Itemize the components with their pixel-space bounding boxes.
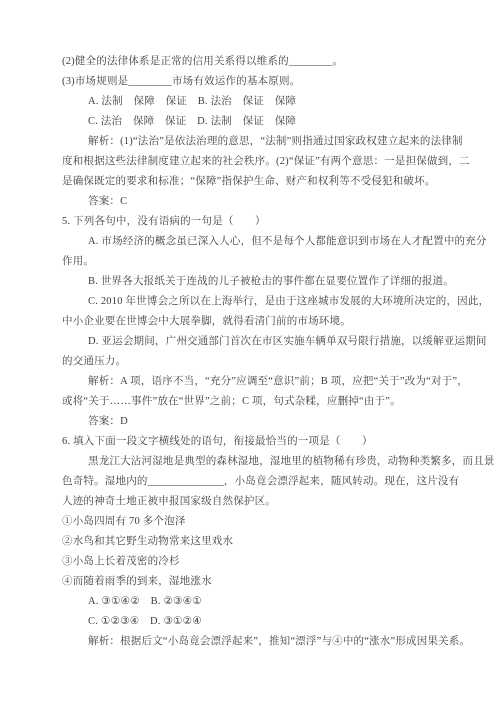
text-line-analysis: 解析：A 项，语序不当，“充分”应调至“意识”前；B 项，应把“关于”改为“对于… [62,372,454,392]
text-line-question-6: 6. 填入下面一段文字横线处的语句，衔接最恰当的一项是（ ） [62,432,454,452]
text-line-options-ab: A. ③①④② B. ②③④① [62,592,454,612]
text-line-options-cd: C. 法治 保障 保证 D. 法制 保证 保障 [62,112,454,132]
text-line-option-a: A. 市场经济的概念虽已深入人心，但不是每个人都能意识到市场在人才配置中的充分 [62,232,454,252]
document-page: (2)健全的法律体系是正常的信用关系得以维系的________。 (3)市场规则… [0,0,500,707]
text-line-sentence-1: ①小岛四周有 70 多个泡泽 [62,512,454,532]
text-line-passage-cont: 色奇特。湿地内的______________，小岛竟会漂浮起来，随风转动。现在，… [62,472,454,492]
text-line-analysis: 解析：(1)“法治”是依法治理的意思，“法制”则指通过国家政权建立起来的法律制 [62,132,454,152]
text-line-analysis-cont: 度和根据这些法律制度建立起来的社会秩序。(2)“保证”有两个意思：一是担保做到，… [62,152,454,172]
text-line-analysis-cont: 或将“关于……事件”放在“世界”之前；C 项，句式杂糅，应删掉“由于”。 [62,392,454,412]
text-line-option-d-cont: 的交通压力。 [62,352,454,372]
text-line-sentence-2: ②水鸟和其它野生动物常来这里戏水 [62,532,454,552]
text-line-options-cd: C. ①②③④ D. ③①②④ [62,612,454,632]
text-line-options-ab: A. 法制 保障 保证 B. 法治 保证 保障 [62,92,454,112]
text-line-option-d: D. 亚运会期间，广州交通部门首次在市区实施车辆单双号限行措施，以缓解亚运期间 [62,332,454,352]
text-line-passage: 黑龙江大沾河湿地是典型的森林湿地，湿地里的植物稀有珍贵，动物种类繁多，而且景 [62,452,454,472]
text-line-answer-c: 答案：C [62,192,454,212]
text-line-fill-blank-2: (2)健全的法律体系是正常的信用关系得以维系的________。 [62,52,454,72]
text-line-option-c: C. 2010 年世博会之所以在上海举行，是由于这座城市发展的大环境所决定的，因… [62,292,454,312]
text-line-passage-cont: 人迹的神奇土地正被申报国家级自然保护区。 [62,492,454,512]
text-line-analysis: 解析：根据后文“小岛竟会漂浮起来”，推知“漂浮”与④中的“涨水”形成因果关系。 [62,632,454,652]
text-line-sentence-3: ③小岛上长着茂密的冷杉 [62,552,454,572]
text-line-option-a-cont: 作用。 [62,252,454,272]
text-line-analysis-cont: 是确保既定的要求和标准；“保障”指保护生命、财产和权利等不受侵犯和破坏。 [62,172,454,192]
text-line-answer-d: 答案：D [62,412,454,432]
text-line-option-c-cont: 中小企业要在世博会中大展拳脚，就得看清门前的市场环境。 [62,312,454,332]
text-line-fill-blank-3: (3)市场规则是________市场有效运作的基本原则。 [62,72,454,92]
text-block: (2)健全的法律体系是正常的信用关系得以维系的________。 (3)市场规则… [62,52,454,652]
text-line-question-5: 5. 下列各句中，没有语病的一句是（ ） [62,212,454,232]
text-line-option-b: B. 世界各大报纸关于连战的儿子被枪击的事件都在显要位置作了详细的报道。 [62,272,454,292]
text-line-sentence-4: ④而随着雨季的到来，湿地涨水 [62,572,454,592]
